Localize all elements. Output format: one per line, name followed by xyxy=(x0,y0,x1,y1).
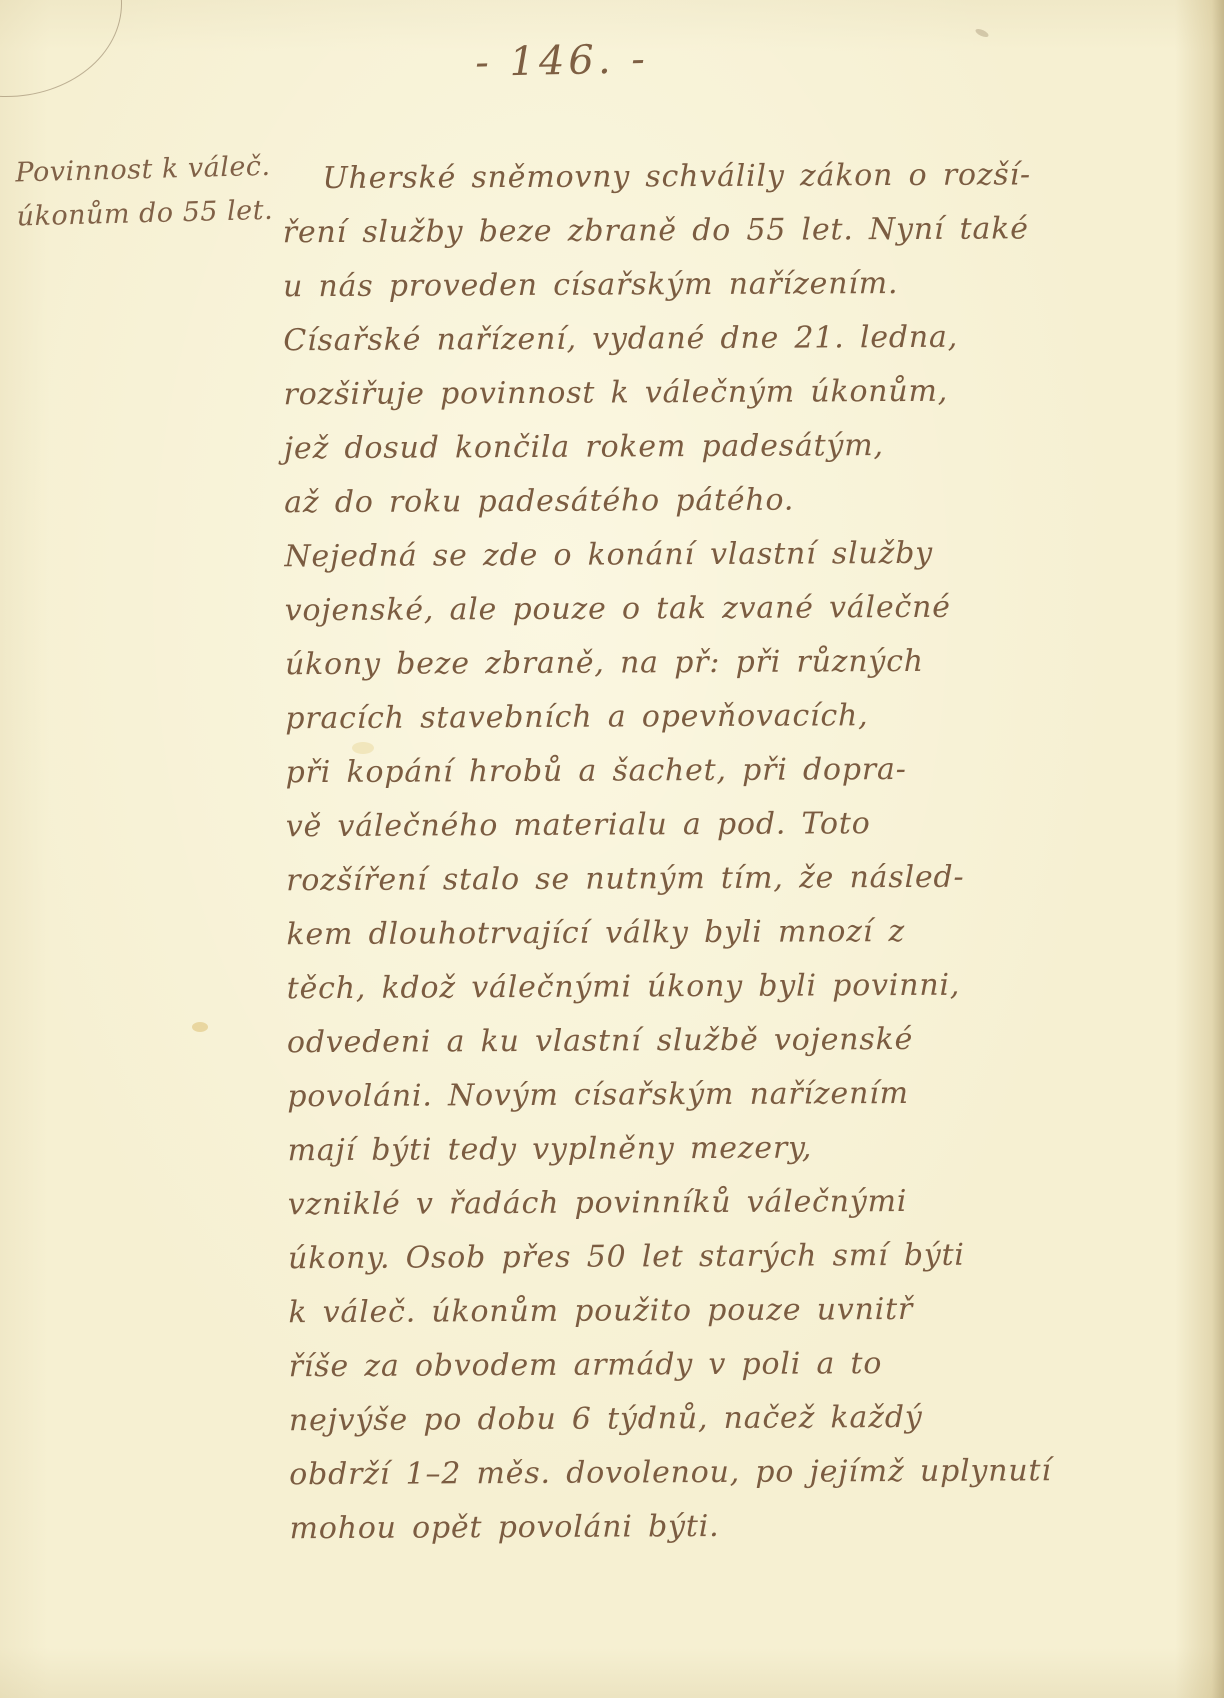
manuscript-line: pracích stavebních a opevňovacích, xyxy=(285,688,1141,746)
manuscript-line: vzniklé v řadách povinníků válečnými xyxy=(288,1174,1144,1232)
manuscript-line: ření služby beze zbraně do 55 let. Nyní … xyxy=(283,202,1139,260)
manuscript-body: Uherské sněmovny schválily zákon o rozší… xyxy=(282,148,1145,1556)
manuscript-line: k váleč. úkonům použito pouze uvnitř xyxy=(288,1282,1144,1340)
manuscript-line: při kopání hrobů a šachet, při dopra- xyxy=(285,742,1141,800)
page-number: - 146. - xyxy=(0,26,1124,96)
paper-stain xyxy=(352,742,374,754)
manuscript-line: rozšíření stalo se nutným tím, že násled… xyxy=(286,850,1142,908)
manuscript-line: až do roku padesátého pátého. xyxy=(284,472,1140,530)
margin-note-line: Povinnost k váleč. xyxy=(15,145,284,196)
manuscript-line: vojenské, ale pouze o tak zvané válečné xyxy=(285,580,1141,638)
manuscript-line: kem dlouhotrvající války byli mnozí z xyxy=(286,904,1142,962)
paper-stain xyxy=(192,1022,208,1032)
manuscript-line: vě válečného materialu a pod. Toto xyxy=(286,796,1142,854)
manuscript-line: rozšiřuje povinnost k válečným úkonům, xyxy=(283,364,1139,422)
manuscript-line: Uherské sněmovny schválily zákon o rozší… xyxy=(282,148,1138,206)
manuscript-line: Císařské nařízení, vydané dne 21. ledna, xyxy=(283,310,1139,368)
manuscript-line: nejvýše po dobu 6 týdnů, načež každý xyxy=(289,1390,1145,1448)
margin-note-line: úkonům do 55 let. xyxy=(16,188,285,239)
manuscript-line: mají býti tedy vyplněny mezery, xyxy=(287,1120,1143,1178)
manuscript-line: mohou opět povoláni býti. xyxy=(289,1498,1145,1556)
manuscript-line: těch, kdož válečnými úkony byli povinni, xyxy=(287,958,1143,1016)
manuscript-line: jež dosud končila rokem padesátým, xyxy=(284,418,1140,476)
manuscript-line: u nás proveden císařským nařízením. xyxy=(283,256,1139,314)
manuscript-line: úkony beze zbraně, na př: při různých xyxy=(285,634,1141,692)
manuscript-line: obdrží 1–2 měs. dovolenou, po jejímž upl… xyxy=(289,1444,1145,1502)
manuscript-line: úkony. Osob přes 50 let starých smí býti xyxy=(288,1228,1144,1286)
manuscript-line: odvedeni a ku vlastní službě vojenské xyxy=(287,1012,1143,1070)
manuscript-line: říše za obvodem armády v poli a to xyxy=(289,1336,1145,1394)
manuscript-line: povoláni. Novým císařským nařízením xyxy=(287,1066,1143,1124)
manuscript-line: Nejedná se zde o konání vlastní služby xyxy=(284,526,1140,584)
margin-note: Povinnost k váleč. úkonům do 55 let. xyxy=(15,145,285,240)
manuscript-page: - 146. - Povinnost k váleč. úkonům do 55… xyxy=(0,0,1224,1698)
